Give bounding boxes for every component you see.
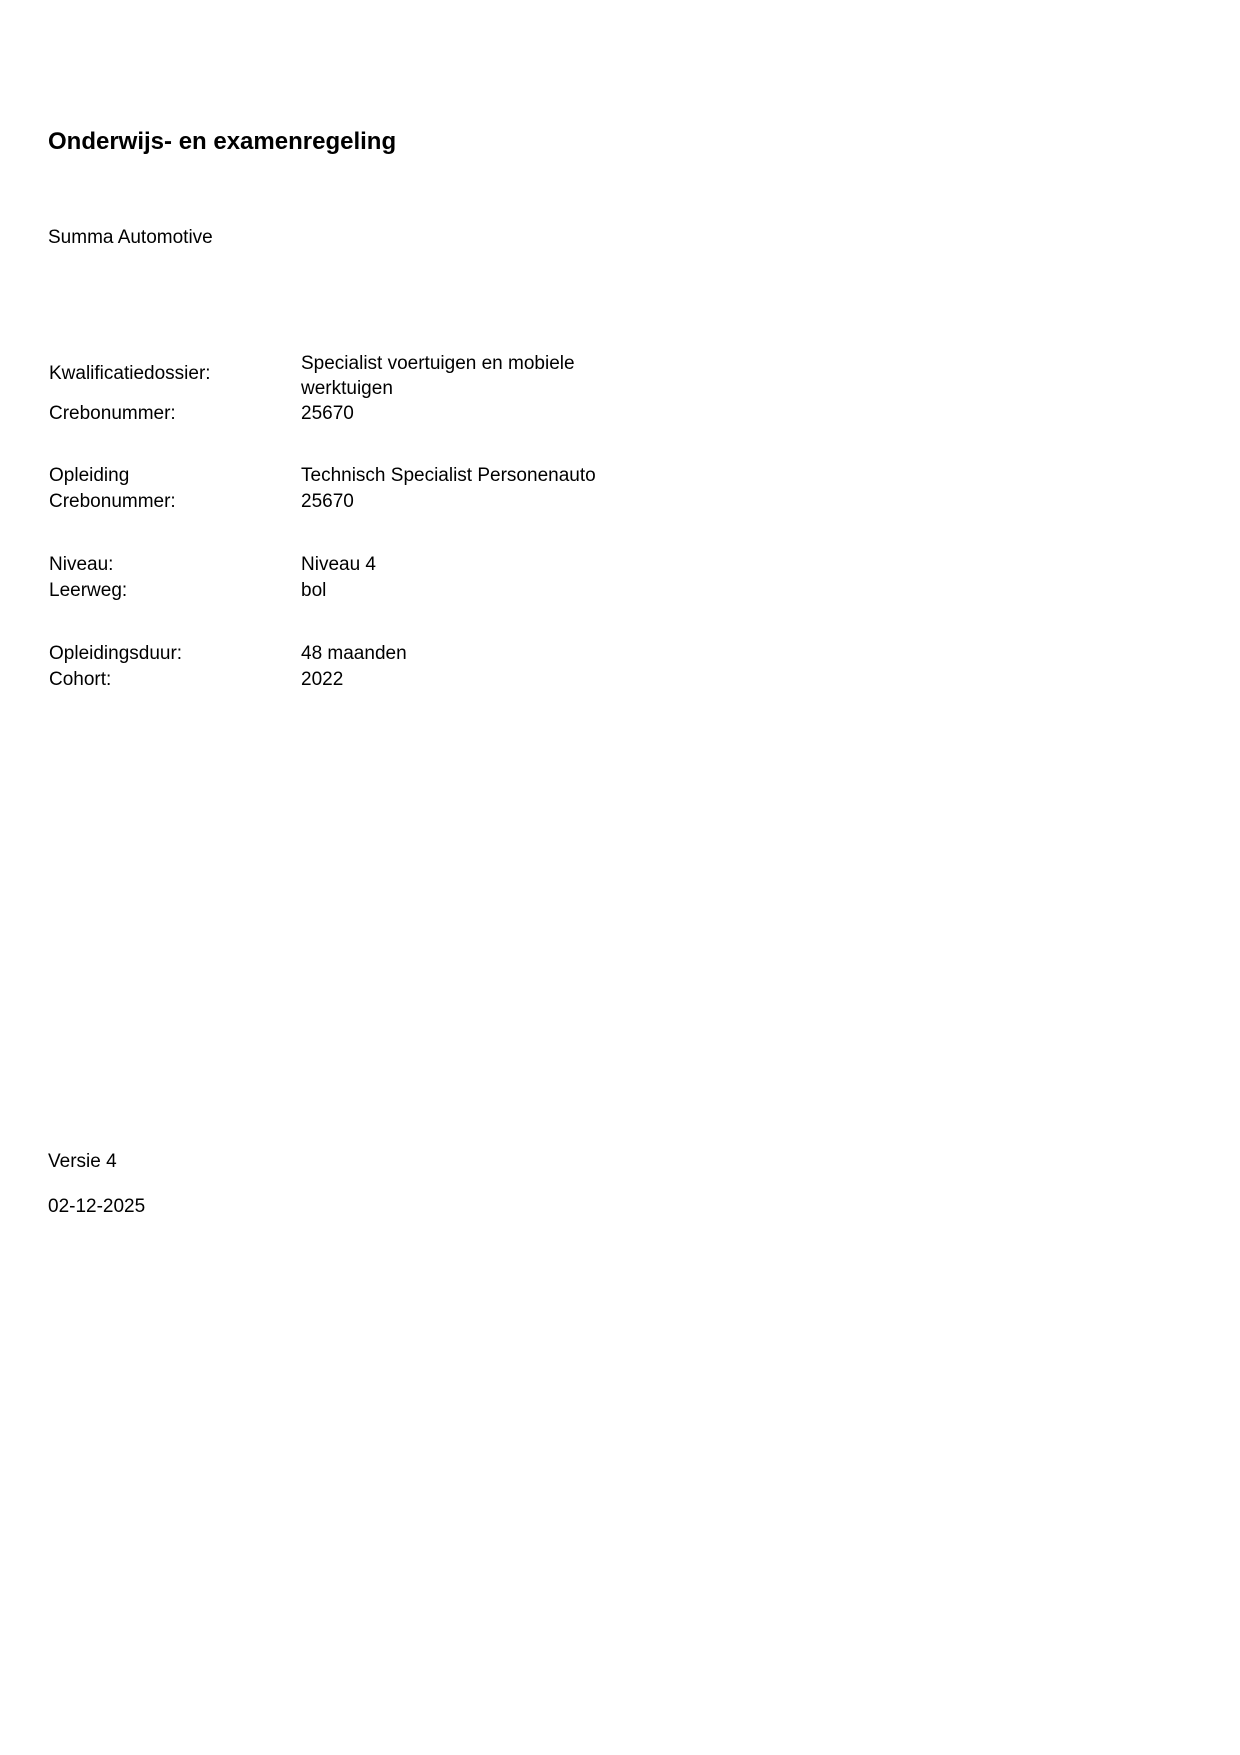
document-title: Onderwijs- en examenregeling xyxy=(48,130,396,154)
field-label: Crebonummer: xyxy=(49,401,299,426)
version-label: Versie 4 xyxy=(48,1152,117,1171)
field-label: Niveau: xyxy=(49,552,299,577)
field-label: Opleidingsduur: xyxy=(49,641,299,666)
field-value: 2022 xyxy=(301,667,641,692)
field-label: Kwalificatiedossier: xyxy=(49,361,299,386)
field-label: Crebonummer: xyxy=(49,489,299,514)
field-value: 48 maanden xyxy=(301,641,641,666)
field-label: Leerweg: xyxy=(49,578,299,603)
field-value: bol xyxy=(301,578,641,603)
organization-name: Summa Automotive xyxy=(48,228,213,247)
document-date: 02-12-2025 xyxy=(48,1197,145,1216)
field-value: 25670 xyxy=(301,401,641,426)
field-value: Technisch Specialist Personenauto xyxy=(301,463,641,488)
field-value: 25670 xyxy=(301,489,641,514)
field-value: Specialist voertuigen en mobiele werktui… xyxy=(301,351,641,401)
field-value: Niveau 4 xyxy=(301,552,641,577)
field-label: Opleiding xyxy=(49,463,299,488)
field-label: Cohort: xyxy=(49,667,299,692)
